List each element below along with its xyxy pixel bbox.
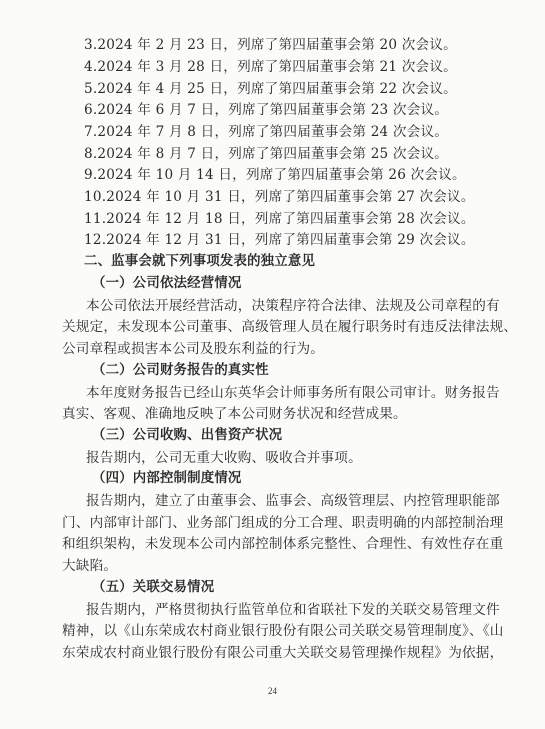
subsection-heading: （一）公司依法经营情况 — [92, 275, 483, 293]
subsection-heading: （五）关联交易情况 — [92, 579, 483, 597]
paragraph-line: 东荣成农村商业银行股份有限公司重大关联交易管理操作规程》为依据， — [62, 644, 483, 662]
paragraph-line: 报告期内，严格贯彻执行监管单位和省联社下发的关联交易管理文件 — [86, 601, 483, 619]
paragraph-line: 真实、客观、准确地反映了本公司财务状况和经营成果。 — [62, 405, 483, 423]
meeting-item: 9.2024 年 10 月 14 日，列席了第四届董事会第 26 次会议。 — [84, 166, 483, 184]
meeting-item: 4.2024 年 3 月 28 日，列席了第四届董事会第 21 次会议。 — [84, 58, 483, 76]
meeting-item: 8.2024 年 8 月 7 日，列席了第四届董事会第 25 次会议。 — [84, 145, 483, 163]
paragraph-line: 关规定，未发现本公司董事、高级管理人员在履行职务时有违反法律法规、 — [62, 318, 483, 336]
meeting-item: 6.2024 年 6 月 7 日，列席了第四届董事会第 23 次会议。 — [84, 101, 483, 119]
paragraph-line: 公司章程或损害本公司及股东利益的行为。 — [62, 340, 483, 358]
paragraph-line: 门、内部审计部门、业务部门组成的分工合理、职责明确的内部控制治理 — [62, 514, 483, 532]
subsection-heading: （二）公司财务报告的真实性 — [92, 362, 483, 380]
paragraph-line: 本年度财务报告已经山东英华会计师事务所有限公司审计。财务报告 — [86, 384, 483, 402]
meeting-item: 3.2024 年 2 月 23 日，列席了第四届董事会第 20 次会议。 — [84, 36, 483, 54]
document-page: 3.2024 年 2 月 23 日，列席了第四届董事会第 20 次会议。 4.2… — [0, 0, 545, 729]
meeting-item: 10.2024 年 10 月 31 日，列席了第四届董事会第 27 次会议。 — [84, 188, 483, 206]
paragraph-line: 和组织架构，未发现本公司内部控制体系完整性、合理性、有效性存在重 — [62, 535, 483, 553]
paragraph-line: 精神，以《山东荣成农村商业银行股份有限公司关联交易管理制度》、《山 — [62, 622, 483, 640]
meeting-item: 11.2024 年 12 月 18 日，列席了第四届董事会第 28 次会议。 — [84, 210, 483, 228]
meeting-item: 12.2024 年 12 月 31 日，列席了第四届董事会第 29 次会议。 — [84, 231, 483, 249]
meeting-item: 5.2024 年 4 月 25 日，列席了第四届董事会第 22 次会议。 — [84, 80, 483, 98]
paragraph-line: 报告期内，建立了由董事会、监事会、高级管理层、内控管理职能部 — [86, 492, 483, 510]
paragraph-line: 报告期内，公司无重大收购、吸收合并事项。 — [86, 449, 483, 467]
subsection-heading: （四）内部控制制度情况 — [92, 470, 483, 488]
paragraph-line: 大缺陷。 — [62, 557, 483, 575]
section-heading: 二、监事会就下列事项发表的独立意见 — [84, 253, 483, 271]
paragraph-line: 本公司依法开展经营活动，决策程序符合法律、法规及公司章程的有 — [86, 297, 483, 315]
meeting-item: 7.2024 年 7 月 8 日，列席了第四届董事会第 24 次会议。 — [84, 123, 483, 141]
subsection-heading: （三）公司收购、出售资产状况 — [92, 427, 483, 445]
page-number: 24 — [0, 686, 545, 696]
